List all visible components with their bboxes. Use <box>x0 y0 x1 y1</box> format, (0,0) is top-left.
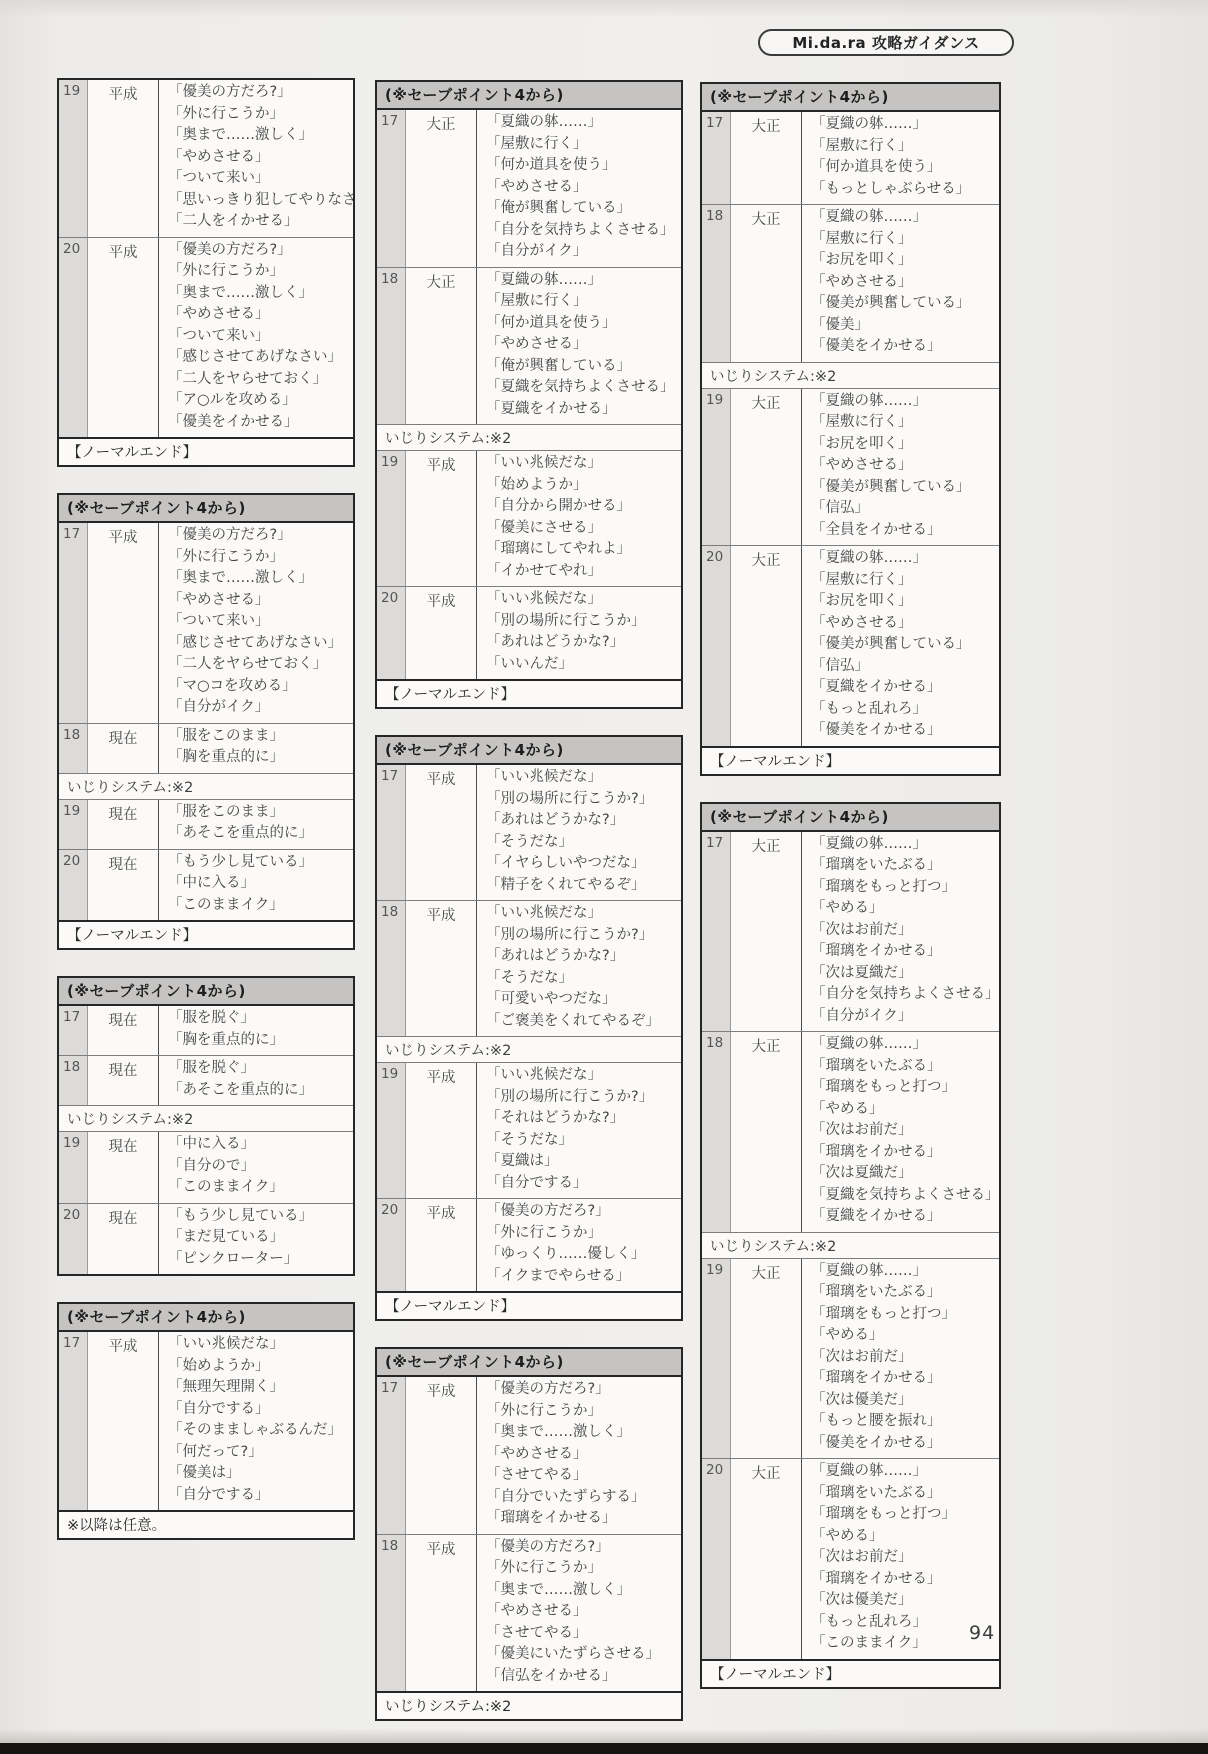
choices-table: (※セーブポイント4から)17平成「いい兆候だな」「別の場所に行こうか?」「あれ… <box>375 735 683 1321</box>
choice-line: 「やめさせる」 <box>811 613 995 635</box>
choice-row: 20現在「もう少し見ている」「まだ見ている」「ピンクローター」 <box>59 1203 353 1275</box>
page-header-title: Mi.da.ra 攻略ガイダンス <box>792 32 979 53</box>
choice-list: 「夏織の躰……」「瑠璃をいたぶる」「瑠璃をもっと打つ」「やめる」「次はお前だ」「… <box>802 1259 999 1459</box>
choice-list: 「いい兆候だな」「別の場所に行こうか」「あれはどうかな?」「いいんだ」 <box>477 587 681 679</box>
choice-line: 「奥まで……激しく」 <box>486 1580 677 1602</box>
choice-list: 「優美の方だろ?」「外に行こうか」「奥まで……激しく」「やめさせる」「させてやる… <box>477 1535 681 1692</box>
choice-line: 「そうだな」 <box>486 832 677 854</box>
choice-line: 「やめる」 <box>811 1325 995 1347</box>
choice-line: 「夏織をイかせる」 <box>811 1206 995 1228</box>
choices-table: (※セーブポイント4から)17平成「いい兆候だな」「始めようか」「無理矢理開く」… <box>57 1302 355 1540</box>
choice-line: 「お尻を叩く」 <box>811 591 995 613</box>
choice-line: 「精子をくれてやるぞ」 <box>486 875 677 897</box>
choice-number: 17 <box>377 110 406 267</box>
scan-edge <box>0 1743 1208 1754</box>
choice-list: 「服をこのまま」「あそこを重点的に」 <box>159 800 353 849</box>
choice-line: 「外に行こうか」 <box>168 547 349 569</box>
table-footer: 【ノーマルエンド】 <box>59 920 353 948</box>
choice-line: 「二人をヤらせておく」 <box>168 654 349 676</box>
choice-list: 「服をこのまま」「胸を重点的に」 <box>159 724 353 773</box>
choice-line: 「瑠璃をイかせる」 <box>811 1142 995 1164</box>
choice-line: 「感じさせてあげなさい」 <box>168 633 349 655</box>
choice-line: 「あれはどうかな?」 <box>486 810 677 832</box>
choice-number: 17 <box>59 1006 88 1055</box>
choice-list: 「いい兆候だな」「別の場所に行こうか?」「あれはどうかな?」「そうだな」「イヤら… <box>477 765 681 900</box>
page-number: 94 <box>969 1622 995 1644</box>
choice-number: 20 <box>59 238 88 438</box>
choice-line: 「夏織の躰……」 <box>811 548 995 570</box>
choice-line: 「自分でする」 <box>486 1173 677 1195</box>
era-label: 現在 <box>88 800 159 849</box>
choice-line: 「屋敷に行く」 <box>486 134 677 156</box>
choice-line: 「瑠璃をもっと打つ」 <box>811 1077 995 1099</box>
choice-line: 「自分でする」 <box>168 1399 349 1421</box>
choice-line: 「奥まで……激しく」 <box>168 283 349 305</box>
era-label: 現在 <box>88 1056 159 1105</box>
choices-table: (※セーブポイント4から)17大正「夏織の躰……」「瑠璃をいたぶる」「瑠璃をもっ… <box>700 802 1001 1689</box>
table-body: 17大正「夏織の躰……」「瑠璃をいたぶる」「瑠璃をもっと打つ」「やめる」「次はお… <box>702 832 999 1659</box>
choice-line: 「何だって?」 <box>168 1442 349 1464</box>
choice-number: 19 <box>59 1132 88 1203</box>
choice-line: 「そのまましゃぶるんだ」 <box>168 1420 349 1442</box>
choice-line: 「信弘をイかせる」 <box>486 1666 677 1688</box>
choice-line: 「優美をイかせる」 <box>168 412 349 434</box>
choice-line: 「服を脱ぐ」 <box>168 1058 349 1080</box>
choice-list: 「もう少し見ている」「まだ見ている」「ピンクローター」 <box>159 1204 353 1275</box>
choice-line: 「自分がイク」 <box>486 241 677 263</box>
choice-line: 「やめさせる」 <box>811 272 995 294</box>
choice-line: 「やめさせる」 <box>168 147 349 169</box>
choice-line: 「ピンクローター」 <box>168 1249 349 1271</box>
choice-line: 「やめさせる」 <box>811 455 995 477</box>
table-body: 17平成「優美の方だろ?」「外に行こうか」「奥まで……激しく」「やめさせる」「さ… <box>377 1377 681 1691</box>
table-body: 17大正「夏織の躰……」「屋敷に行く」「何か道具を使う」「もっとしゃぶらせる」1… <box>702 112 999 746</box>
choice-line: 「胸を重点的に」 <box>168 747 349 769</box>
table-footer: 【ノーマルエンド】 <box>702 746 999 774</box>
choice-line: 「もっとしゃぶらせる」 <box>811 179 995 201</box>
choice-line: 「優美が興奮している」 <box>811 293 995 315</box>
choice-line: 「次は優美だ」 <box>811 1390 995 1412</box>
era-label: 大正 <box>731 205 802 362</box>
choice-number: 20 <box>377 587 406 679</box>
choices-table: (※セーブポイント4から)17現在「服を脱ぐ」「胸を重点的に」18現在「服を脱ぐ… <box>57 976 355 1276</box>
choice-row: 18平成「いい兆候だな」「別の場所に行こうか?」「あれはどうかな?」「そうだな」… <box>377 900 681 1036</box>
choices-table: 19平成「優美の方だろ?」「外に行こうか」「奥まで……激しく」「やめさせる」「つ… <box>57 78 355 467</box>
choice-line: 「優美の方だろ?」 <box>168 82 349 104</box>
choice-line: 「瑠璃をイかせる」 <box>811 941 995 963</box>
choice-row: 18平成「優美の方だろ?」「外に行こうか」「奥まで……激しく」「やめさせる」「さ… <box>377 1534 681 1692</box>
choice-line: 「夏織の躰……」 <box>811 834 995 856</box>
choice-row: 18大正「夏織の躰……」「屋敷に行く」「お尻を叩く」「やめさせる」「優美が興奮し… <box>702 204 999 362</box>
choice-line: 「このままイク」 <box>168 1177 349 1199</box>
era-label: 大正 <box>731 389 802 546</box>
choice-line: 「マ○コを攻める」 <box>168 676 349 698</box>
choice-line: 「やめさせる」 <box>486 1601 677 1623</box>
choice-line: 「瑠璃をもっと打つ」 <box>811 877 995 899</box>
era-label: 大正 <box>731 112 802 204</box>
choice-line: 「夏織の躰……」 <box>811 114 995 136</box>
era-label: 現在 <box>88 1204 159 1275</box>
choice-line: 「もっと乱れろ」 <box>811 699 995 721</box>
choice-line: 「お尻を叩く」 <box>811 434 995 456</box>
choice-row: 20平成「優美の方だろ?」「外に行こうか」「奥まで……激しく」「やめさせる」「つ… <box>59 237 353 438</box>
choice-line: 「自分でいたずらする」 <box>486 1487 677 1509</box>
era-label: 大正 <box>731 832 802 1032</box>
table-header-save-point: (※セーブポイント4から) <box>377 737 681 765</box>
choice-line: 「夏織の躰……」 <box>486 112 677 134</box>
choice-number: 19 <box>59 80 88 237</box>
choice-line: 「屋敷に行く」 <box>486 291 677 313</box>
table-footer: 【ノーマルエンド】 <box>377 1291 681 1319</box>
choice-row: 20大正「夏織の躰……」「瑠璃をいたぶる」「瑠璃をもっと打つ」「やめる」「次はお… <box>702 1458 999 1659</box>
choice-line: 「自分がイク」 <box>811 1006 995 1028</box>
choice-line: 「優美にさせる」 <box>486 518 677 540</box>
choice-line: 「させてやる」 <box>486 1465 677 1487</box>
choice-line: 「優美にいたずらさせる」 <box>486 1644 677 1666</box>
table-body: 19平成「優美の方だろ?」「外に行こうか」「奥まで……激しく」「やめさせる」「つ… <box>59 80 353 437</box>
era-label: 現在 <box>88 850 159 921</box>
choice-number: 19 <box>702 1259 731 1459</box>
choice-number: 18 <box>59 1056 88 1105</box>
choice-number: 20 <box>59 1204 88 1275</box>
choice-line: 「始めようか」 <box>486 475 677 497</box>
choice-line: 「自分がイク」 <box>168 697 349 719</box>
choice-line: 「優美が興奮している」 <box>811 634 995 656</box>
choice-line: 「いい兆候だな」 <box>168 1334 349 1356</box>
choice-list: 「いい兆候だな」「始めようか」「自分から開かせる」「優美にさせる」「瑠璃にしてや… <box>477 451 681 586</box>
choice-line: 「まだ見ている」 <box>168 1227 349 1249</box>
choice-line: 「奥まで……激しく」 <box>486 1422 677 1444</box>
choice-row: 19大正「夏織の躰……」「瑠璃をいたぶる」「瑠璃をもっと打つ」「やめる」「次はお… <box>702 1258 999 1459</box>
choice-list: 「夏織の躰……」「屋敷に行く」「何か道具を使う」「もっとしゃぶらせる」 <box>802 112 999 204</box>
choice-line: 「夏織の躰……」 <box>811 207 995 229</box>
choice-line: 「服をこのまま」 <box>168 802 349 824</box>
choice-line: 「ア○ルを攻める」 <box>168 390 349 412</box>
choice-line: 「感じさせてあげなさい」 <box>168 347 349 369</box>
table-footer: ※以降は任意。 <box>59 1510 353 1538</box>
choice-line: 「胸を重点的に」 <box>168 1030 349 1052</box>
choice-line: 「瑠璃をイかせる」 <box>486 1508 677 1530</box>
choice-number: 17 <box>377 765 406 900</box>
choice-row: 17平成「優美の方だろ?」「外に行こうか」「奥まで……激しく」「やめさせる」「さ… <box>377 1377 681 1534</box>
choice-number: 20 <box>702 546 731 746</box>
choice-line: 「もう少し見ている」 <box>168 1206 349 1228</box>
choice-number: 17 <box>702 112 731 204</box>
choice-line: 「優美の方だろ?」 <box>168 240 349 262</box>
era-label: 平成 <box>406 1063 477 1198</box>
choice-number: 18 <box>377 268 406 425</box>
table-body: 17平成「いい兆候だな」「始めようか」「無理矢理開く」「自分でする」「そのままし… <box>59 1332 353 1510</box>
choice-line: 「ついて来い」 <box>168 611 349 633</box>
choice-line: 「俺が興奮している」 <box>486 356 677 378</box>
choices-table: (※セーブポイント4から)17大正「夏織の躰……」「屋敷に行く」「何か道具を使う… <box>375 80 683 709</box>
choice-line: 「お尻を叩く」 <box>811 250 995 272</box>
era-label: 平成 <box>88 1332 159 1510</box>
choice-line: 「やめさせる」 <box>168 590 349 612</box>
choice-line: 「イクまでやらせる」 <box>486 1266 677 1288</box>
choice-line: 「二人をヤらせておく」 <box>168 369 349 391</box>
choice-line: 「瑠璃をいたぶる」 <box>811 1483 995 1505</box>
choice-list: 「夏織の躰……」「屋敷に行く」「何か道具を使う」「やめさせる」「俺が興奮している… <box>477 110 681 267</box>
choice-line: 「あれはどうかな?」 <box>486 946 677 968</box>
table-body: 17平成「優美の方だろ?」「外に行こうか」「奥まで……激しく」「やめさせる」「つ… <box>59 523 353 920</box>
choice-list: 「中に入る」「自分ので」「このままイク」 <box>159 1132 353 1203</box>
choice-line: 「やめる」 <box>811 898 995 920</box>
choice-line: 「別の場所に行こうか?」 <box>486 925 677 947</box>
choice-line: 「あそこを重点的に」 <box>168 823 349 845</box>
choice-line: 「そうだな」 <box>486 968 677 990</box>
choice-line: 「させてやる」 <box>486 1623 677 1645</box>
choice-list: 「いい兆候だな」「始めようか」「無理矢理開く」「自分でする」「そのまましゃぶるん… <box>159 1332 353 1510</box>
era-label: 平成 <box>406 1535 477 1692</box>
choice-line: 「夏織をイかせる」 <box>486 399 677 421</box>
choice-line: 「中に入る」 <box>168 873 349 895</box>
choice-line: 「外に行こうか」 <box>486 1223 677 1245</box>
choice-row: 19平成「優美の方だろ?」「外に行こうか」「奥まで……激しく」「やめさせる」「つ… <box>59 80 353 237</box>
choice-line: 「二人をイかせる」 <box>168 211 349 233</box>
choice-line: 「いい兆候だな」 <box>486 903 677 925</box>
era-label: 現在 <box>88 724 159 773</box>
choice-line: 「夏織の躰……」 <box>811 391 995 413</box>
era-label: 平成 <box>406 901 477 1036</box>
system-note-row: いじりシステム:※2 <box>702 362 999 388</box>
choice-line: 「そうだな」 <box>486 1130 677 1152</box>
choice-list: 「いい兆候だな」「別の場所に行こうか?」「それはどうかな?」「そうだな」「夏織は… <box>477 1063 681 1198</box>
choice-line: 「夏織の躰……」 <box>811 1034 995 1056</box>
choice-list: 「夏織の躰……」「屋敷に行く」「何か道具を使う」「やめさせる」「俺が興奮している… <box>477 268 681 425</box>
choice-line: 「自分から開かせる」 <box>486 496 677 518</box>
era-label: 平成 <box>406 587 477 679</box>
choices-table: (※セーブポイント4から)17平成「優美の方だろ?」「外に行こうか」「奥まで……… <box>57 493 355 950</box>
choice-line: 「優美の方だろ?」 <box>486 1379 677 1401</box>
choice-line: 「いい兆候だな」 <box>486 1065 677 1087</box>
choice-line: 「別の場所に行こうか?」 <box>486 789 677 811</box>
choice-line: 「外に行こうか」 <box>168 261 349 283</box>
choice-line: 「優美は」 <box>168 1463 349 1485</box>
choice-line: 「始めようか」 <box>168 1356 349 1378</box>
system-note-row: いじりシステム:※2 <box>702 1232 999 1258</box>
choice-row: 19大正「夏織の躰……」「屋敷に行く」「お尻を叩く」「やめさせる」「優美が興奮し… <box>702 388 999 546</box>
choice-line: 「優美をイかせる」 <box>811 1433 995 1455</box>
choice-line: 「このままイク」 <box>811 1633 995 1655</box>
choice-row: 17大正「夏織の躰……」「屋敷に行く」「何か道具を使う」「やめさせる」「俺が興奮… <box>377 110 681 267</box>
choice-line: 「何か道具を使う」 <box>486 313 677 335</box>
choice-line: 「優美をイかせる」 <box>811 720 995 742</box>
scan-shadow <box>0 1729 1208 1743</box>
era-label: 平成 <box>406 765 477 900</box>
choice-line: 「瑠璃をもっと打つ」 <box>811 1504 995 1526</box>
choice-row: 18大正「夏織の躰……」「瑠璃をいたぶる」「瑠璃をもっと打つ」「やめる」「次はお… <box>702 1031 999 1232</box>
choice-row: 17平成「いい兆候だな」「始めようか」「無理矢理開く」「自分でする」「そのままし… <box>59 1332 353 1510</box>
choice-line: 「屋敷に行く」 <box>811 570 995 592</box>
choice-line: 「奥まで……激しく」 <box>168 125 349 147</box>
choice-line: 「信弘」 <box>811 498 995 520</box>
table-body: 17平成「いい兆候だな」「別の場所に行こうか?」「あれはどうかな?」「そうだな」… <box>377 765 681 1291</box>
choice-line: 「屋敷に行く」 <box>811 229 995 251</box>
choice-line: 「信弘」 <box>811 656 995 678</box>
table-header-save-point: (※セーブポイント4から) <box>59 978 353 1006</box>
choice-line: 「瑠璃をイかせる」 <box>811 1368 995 1390</box>
choice-line: 「優美」 <box>811 315 995 337</box>
choice-line: 「奥まで……激しく」 <box>168 568 349 590</box>
choice-line: 「瑠璃をいたぶる」 <box>811 1056 995 1078</box>
era-label: 平成 <box>406 1377 477 1534</box>
system-note-row: いじりシステム:※2 <box>377 424 681 450</box>
choice-line: 「夏織を気持ちよくさせる」 <box>486 377 677 399</box>
era-label: 大正 <box>406 268 477 425</box>
choice-line: 「あそこを重点的に」 <box>168 1080 349 1102</box>
era-label: 平成 <box>88 238 159 438</box>
choice-line: 「無理矢理開く」 <box>168 1377 349 1399</box>
choice-list: 「夏織の躰……」「屋敷に行く」「お尻を叩く」「やめさせる」「優美が興奮している」… <box>802 389 999 546</box>
column-right: (※セーブポイント4から)17大正「夏織の躰……」「屋敷に行く」「何か道具を使う… <box>700 82 1001 1715</box>
era-label: 平成 <box>406 1199 477 1291</box>
choice-number: 18 <box>377 1535 406 1692</box>
choice-number: 19 <box>377 1063 406 1198</box>
table-footer: 【ノーマルエンド】 <box>377 679 681 707</box>
choice-row: 20平成「優美の方だろ?」「外に行こうか」「ゆっくり……優しく」「イクまでやらせ… <box>377 1198 681 1291</box>
choice-line: 「優美の方だろ?」 <box>486 1201 677 1223</box>
choice-number: 17 <box>59 1332 88 1510</box>
choice-row: 17大正「夏織の躰……」「瑠璃をいたぶる」「瑠璃をもっと打つ」「やめる」「次はお… <box>702 832 999 1032</box>
choice-number: 17 <box>59 523 88 723</box>
choice-line: 「このままイク」 <box>168 895 349 917</box>
choice-line: 「いい兆候だな」 <box>486 767 677 789</box>
choice-line: 「夏織の躰……」 <box>811 1461 995 1483</box>
choice-row: 17平成「いい兆候だな」「別の場所に行こうか?」「あれはどうかな?」「そうだな」… <box>377 765 681 900</box>
choice-line: 「夏織の躰……」 <box>486 270 677 292</box>
era-label: 現在 <box>88 1006 159 1055</box>
choice-line: 「優美の方だろ?」 <box>486 1537 677 1559</box>
era-label: 平成 <box>88 523 159 723</box>
choice-row: 17現在「服を脱ぐ」「胸を重点的に」 <box>59 1006 353 1055</box>
choice-number: 18 <box>59 724 88 773</box>
choice-line: 「外に行こうか」 <box>168 104 349 126</box>
era-label: 大正 <box>731 1032 802 1232</box>
choice-line: 「可愛いやつだな」 <box>486 989 677 1011</box>
choice-line: 「瑠璃をいたぶる」 <box>811 1282 995 1304</box>
choice-line: 「やめる」 <box>811 1526 995 1548</box>
choice-line: 「優美が興奮している」 <box>811 477 995 499</box>
choice-row: 20大正「夏織の躰……」「屋敷に行く」「お尻を叩く」「やめさせる」「優美が興奮し… <box>702 545 999 746</box>
choice-line: 「もっと腰を振れ」 <box>811 1411 995 1433</box>
table-header-save-point: (※セーブポイント4から) <box>377 1349 681 1377</box>
choice-list: 「優美の方だろ?」「外に行こうか」「奥まで……激しく」「やめさせる」「ついて来い… <box>159 238 353 438</box>
era-label: 大正 <box>731 546 802 746</box>
choice-number: 20 <box>59 850 88 921</box>
column-left: 19平成「優美の方だろ?」「外に行こうか」「奥まで……激しく」「やめさせる」「つ… <box>57 78 355 1566</box>
table-header-save-point: (※セーブポイント4から) <box>702 84 999 112</box>
choice-line: 「別の場所に行こうか?」 <box>486 1087 677 1109</box>
choice-number: 17 <box>377 1377 406 1534</box>
era-label: 平成 <box>406 451 477 586</box>
choice-list: 「夏織の躰……」「瑠璃をいたぶる」「瑠璃をもっと打つ」「やめる」「次はお前だ」「… <box>802 832 999 1032</box>
table-header-save-point: (※セーブポイント4から) <box>702 804 999 832</box>
choice-line: 「やめさせる」 <box>168 304 349 326</box>
choice-number: 18 <box>377 901 406 1036</box>
choice-number: 17 <box>702 832 731 1032</box>
choice-line: 「いい兆候だな」 <box>486 589 677 611</box>
choice-line: 「外に行こうか」 <box>486 1401 677 1423</box>
table-footer: 【ノーマルエンド】 <box>702 1659 999 1687</box>
choice-list: 「優美の方だろ?」「外に行こうか」「ゆっくり……優しく」「イクまでやらせる」 <box>477 1199 681 1291</box>
era-label: 大正 <box>731 1459 802 1659</box>
choice-number: 19 <box>702 389 731 546</box>
choice-line: 「もっと乱れろ」 <box>811 1612 995 1634</box>
choice-number: 20 <box>702 1459 731 1659</box>
choice-list: 「もう少し見ている」「中に入る」「このままイク」 <box>159 850 353 921</box>
choice-line: 「もう少し見ている」 <box>168 852 349 874</box>
choice-number: 19 <box>377 451 406 586</box>
choice-line: 「いい兆候だな」 <box>486 453 677 475</box>
choice-line: 「何か道具を使う」 <box>486 155 677 177</box>
choice-line: 「俺が興奮している」 <box>486 198 677 220</box>
table-footer: 【ノーマルエンド】 <box>59 437 353 465</box>
choice-line: 「イかせてやれ」 <box>486 561 677 583</box>
table-header-save-point: (※セーブポイント4から) <box>59 1304 353 1332</box>
choices-table: (※セーブポイント4から)17平成「優美の方だろ?」「外に行こうか」「奥まで……… <box>375 1347 683 1721</box>
choice-line: 「優美の方だろ?」 <box>168 525 349 547</box>
choices-table: (※セーブポイント4から)17大正「夏織の躰……」「屋敷に行く」「何か道具を使う… <box>700 82 1001 776</box>
choice-line: 「自分を気持ちよくさせる」 <box>811 984 995 1006</box>
choice-row: 18現在「服をこのまま」「胸を重点的に」 <box>59 723 353 773</box>
choice-line: 「やめる」 <box>811 1099 995 1121</box>
system-note-row: いじりシステム:※2 <box>377 1036 681 1062</box>
choice-line: 「屋敷に行く」 <box>811 412 995 434</box>
choice-row: 19現在「中に入る」「自分ので」「このままイク」 <box>59 1131 353 1203</box>
choice-line: 「ご褒美をくれてやるぞ」 <box>486 1011 677 1033</box>
era-label: 大正 <box>731 1259 802 1459</box>
choice-line: 「次はお前だ」 <box>811 1547 995 1569</box>
choice-line: 「夏織は」 <box>486 1151 677 1173</box>
choice-line: 「別の場所に行こうか」 <box>486 611 677 633</box>
choice-list: 「いい兆候だな」「別の場所に行こうか?」「あれはどうかな?」「そうだな」「可愛い… <box>477 901 681 1036</box>
era-label: 大正 <box>406 110 477 267</box>
table-body: 17現在「服を脱ぐ」「胸を重点的に」18現在「服を脱ぐ」「あそこを重点的に」いじ… <box>59 1006 353 1274</box>
choice-line: 「全員をイかせる」 <box>811 520 995 542</box>
choice-row: 19平成「いい兆候だな」「始めようか」「自分から開かせる」「優美にさせる」「瑠璃… <box>377 450 681 586</box>
choice-row: 17平成「優美の方だろ?」「外に行こうか」「奥まで……激しく」「やめさせる」「つ… <box>59 523 353 723</box>
choice-row: 19平成「いい兆候だな」「別の場所に行こうか?」「それはどうかな?」「そうだな」… <box>377 1062 681 1198</box>
choice-line: 「いいんだ」 <box>486 654 677 676</box>
choice-list: 「夏織の躰……」「屋敷に行く」「お尻を叩く」「やめさせる」「優美が興奮している」… <box>802 546 999 746</box>
choice-line: 「次は夏織だ」 <box>811 963 995 985</box>
choice-line: 「服をこのまま」 <box>168 726 349 748</box>
table-header-save-point: (※セーブポイント4から) <box>377 82 681 110</box>
choice-list: 「優美の方だろ?」「外に行こうか」「奥まで……激しく」「やめさせる」「させてやる… <box>477 1377 681 1534</box>
choice-line: 「服を脱ぐ」 <box>168 1008 349 1030</box>
choice-line: 「瑠璃をいたぶる」 <box>811 855 995 877</box>
choice-line: 「夏織の躰……」 <box>811 1261 995 1283</box>
choice-row: 18現在「服を脱ぐ」「あそこを重点的に」 <box>59 1055 353 1105</box>
choice-line: 「それはどうかな?」 <box>486 1108 677 1130</box>
era-label: 現在 <box>88 1132 159 1203</box>
choice-line: 「次はお前だ」 <box>811 1120 995 1142</box>
choice-number: 18 <box>702 1032 731 1232</box>
era-label: 平成 <box>88 80 159 237</box>
choice-line: 「ゆっくり……優しく」 <box>486 1244 677 1266</box>
choice-list: 「夏織の躰……」「瑠璃をいたぶる」「瑠璃をもっと打つ」「やめる」「次はお前だ」「… <box>802 1032 999 1232</box>
choice-row: 17大正「夏織の躰……」「屋敷に行く」「何か道具を使う」「もっとしゃぶらせる」 <box>702 112 999 204</box>
choice-line: 「屋敷に行く」 <box>811 136 995 158</box>
choice-list: 「夏織の躰……」「屋敷に行く」「お尻を叩く」「やめさせる」「優美が興奮している」… <box>802 205 999 362</box>
choice-line: 「中に入る」 <box>168 1134 349 1156</box>
table-header-save-point: (※セーブポイント4から) <box>59 495 353 523</box>
choice-line: 「思いっきり犯してやりなさい」 <box>168 190 349 212</box>
choice-number: 19 <box>59 800 88 849</box>
choice-list: 「優美の方だろ?」「外に行こうか」「奥まで……激しく」「やめさせる」「ついて来い… <box>159 523 353 723</box>
column-middle: (※セーブポイント4から)17大正「夏織の躰……」「屋敷に行く」「何か道具を使う… <box>375 80 683 1747</box>
